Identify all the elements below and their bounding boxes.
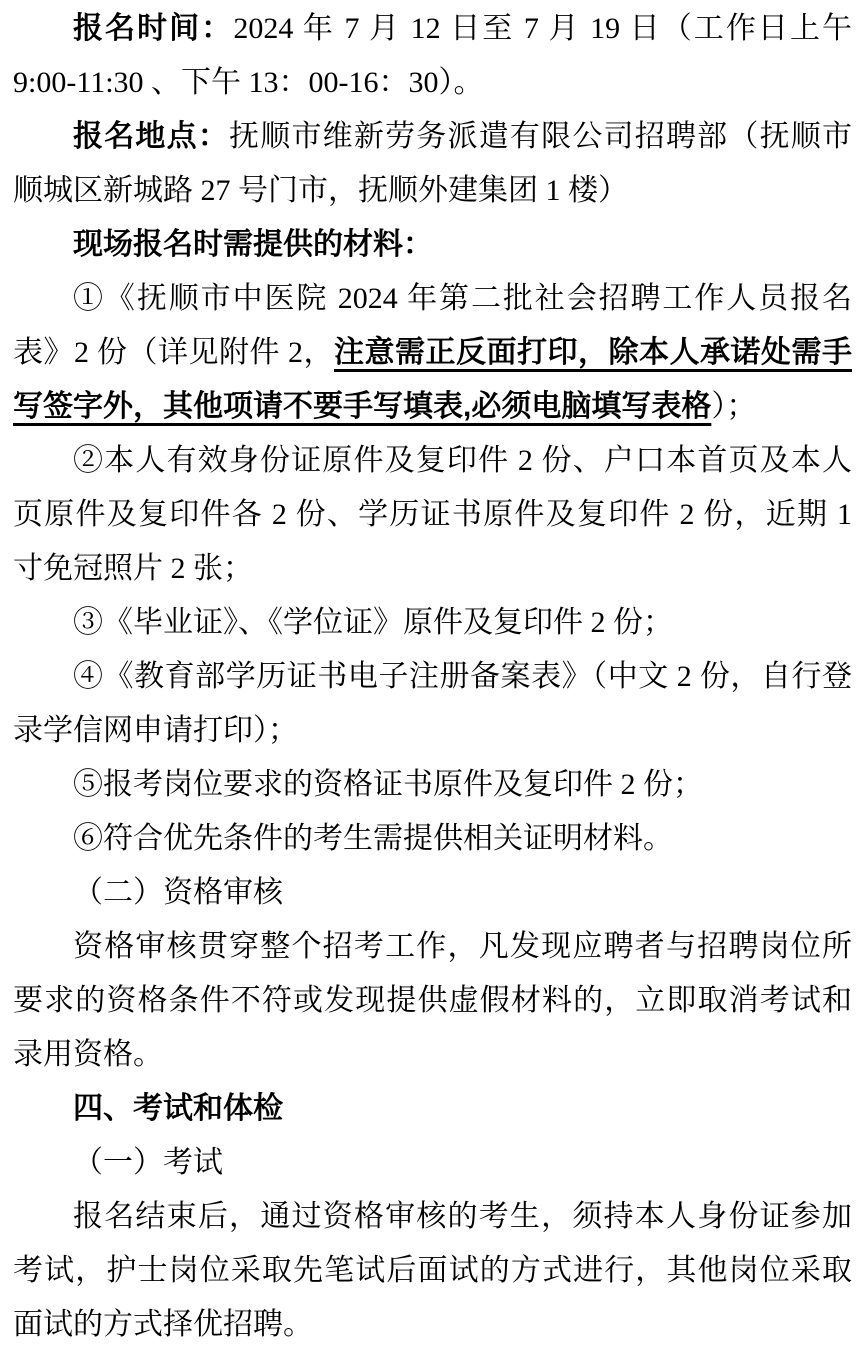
paragraph-qualification-review-text: 资格审核贯穿整个招考工作，凡发现应聘者与招聘岗位所要求的资格条件不符或发现提供虚… — [13, 930, 852, 1071]
list-item-2-text: ②本人有效身份证原件及复印件 2 份、户口本首页及本人页原件及复印件各 2 份、… — [13, 444, 852, 585]
paragraph-qualification-review: 资格审核贯穿整个招考工作，凡发现应聘者与招聘岗位所要求的资格条件不符或发现提供虚… — [13, 920, 852, 1082]
heading-exam-text: （一）考试 — [73, 1146, 223, 1179]
list-item-3-text: ③《毕业证》、《学位证》原件及复印件 2 份； — [73, 606, 673, 639]
list-item-3: ③《毕业证》、《学位证》原件及复印件 2 份； — [13, 596, 852, 650]
list-item-6: ⑥符合优先条件的考生需提供相关证明材料。 — [13, 812, 852, 866]
heading-exam-and-physical-text: 四、考试和体检 — [73, 1092, 283, 1125]
heading-exam: （一）考试 — [13, 1136, 852, 1190]
list-item-1-text-end: ）； — [711, 390, 756, 423]
paragraph-exam-text: 报名结束后，通过资格审核的考生，须持本人身份证参加考试，护士岗位采取先笔试后面试… — [13, 1200, 852, 1341]
paragraph-registration-time: 报名时间：2024 年 7 月 12 日至 7 月 19 日（工作日上午 9:0… — [13, 2, 852, 110]
list-item-6-text: ⑥符合优先条件的考生需提供相关证明材料。 — [73, 822, 673, 855]
paragraph-exam: 报名结束后，通过资格审核的考生，须持本人身份证参加考试，护士岗位采取先笔试后面试… — [13, 1190, 852, 1352]
heading-qualification-review: （二）资格审核 — [13, 866, 852, 920]
list-item-5-text: ⑤报考岗位要求的资格证书原件及复印件 2 份； — [73, 768, 703, 801]
list-item-5: ⑤报考岗位要求的资格证书原件及复印件 2 份； — [13, 758, 852, 812]
paragraph-registration-location: 报名地点：抚顺市维新劳务派遣有限公司招聘部（抚顺市顺城区新城路 27 号门市，抚… — [13, 110, 852, 218]
heading-qualification-review-text: （二）资格审核 — [73, 876, 283, 909]
list-item-4-text: ④《教育部学历证书电子注册备案表》（中文 2 份，自行登录学信网申请打印）； — [13, 660, 852, 747]
heading-materials-text: 现场报名时需提供的材料： — [73, 228, 433, 261]
registration-time-label: 报名时间： — [73, 12, 233, 45]
heading-exam-and-physical: 四、考试和体检 — [13, 1082, 852, 1136]
list-item-4: ④《教育部学历证书电子注册备案表》（中文 2 份，自行登录学信网申请打印）； — [13, 650, 852, 758]
heading-materials: 现场报名时需提供的材料： — [13, 218, 852, 272]
registration-location-label: 报名地点： — [73, 120, 229, 153]
document-page: 报名时间：2024 年 7 月 12 日至 7 月 19 日（工作日上午 9:0… — [0, 0, 862, 1360]
list-item-2: ②本人有效身份证原件及复印件 2 份、户口本首页及本人页原件及复印件各 2 份、… — [13, 434, 852, 596]
list-item-1: ①《抚顺市中医院 2024 年第二批社会招聘工作人员报名表》2 份（详见附件 2… — [13, 272, 852, 434]
